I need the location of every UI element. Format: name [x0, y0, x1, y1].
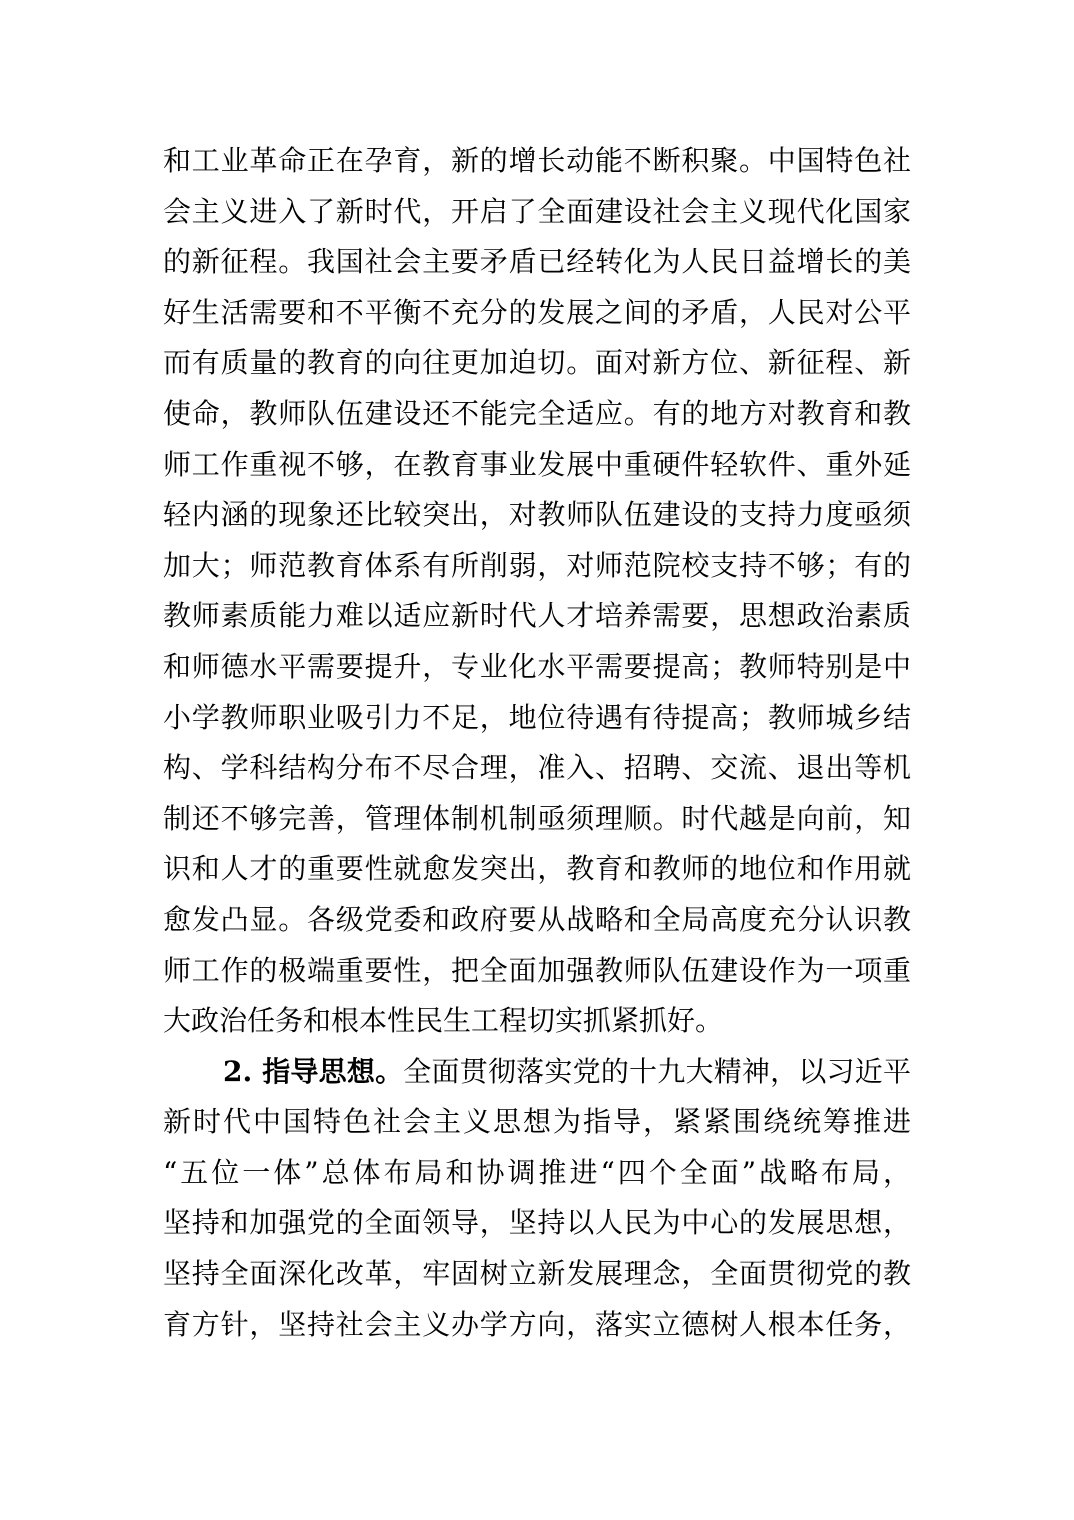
text-line: 使命，教师队伍建设还不能完全适应。有的地方对教育和教 — [163, 389, 911, 440]
text-line: 轻内涵的现象还比较突出，对教师队伍建设的支持力度亟须 — [163, 490, 911, 541]
text-line: 大政治任务和根本性民生工程切实抓紧抓好。 — [163, 996, 911, 1047]
paragraph-lead-bold: 2. 指导思想。 — [223, 1055, 403, 1088]
text-line: 和工业革命正在孕育，新的增长动能不断积聚。中国特色社 — [163, 136, 911, 187]
text-line: 教师素质能力难以适应新时代人才培养需要，思想政治素质 — [163, 591, 911, 642]
text-line: 而有质量的教育的向往更加迫切。面对新方位、新征程、新 — [163, 338, 911, 389]
text-line: 的新征程。我国社会主要矛盾已经转化为人民日益增长的美 — [163, 237, 911, 288]
text-line: 加大；师范教育体系有所削弱，对师范院校支持不够；有的 — [163, 541, 911, 592]
text-line: 会主义进入了新时代，开启了全面建设社会主义现代化国家 — [163, 187, 911, 238]
text-line: 愈发凸显。各级党委和政府要从战略和全局高度充分认识教 — [163, 895, 911, 946]
text-line: 坚持全面深化改革，牢固树立新发展理念，全面贯彻党的教 — [163, 1249, 911, 1300]
document-page: 和工业革命正在孕育，新的增长动能不断积聚。中国特色社会主义进入了新时代，开启了全… — [163, 136, 911, 1350]
text-line: 和师德水平需要提升，专业化水平需要提高；教师特别是中 — [163, 642, 911, 693]
text-line: 好生活需要和不平衡不充分的发展之间的矛盾，人民对公平 — [163, 288, 911, 339]
text-line: 师工作的极端重要性，把全面加强教师队伍建设作为一项重 — [163, 946, 911, 997]
text-line: 制还不够完善，管理体制机制亟须理顺。时代越是向前，知 — [163, 794, 911, 845]
text-line: 坚持和加强党的全面领导，坚持以人民为中心的发展思想， — [163, 1198, 911, 1249]
text-line: “五位一体”总体布局和协调推进“四个全面”战略布局， — [163, 1148, 911, 1199]
text-line: 构、学科结构分布不尽合理，准入、招聘、交流、退出等机 — [163, 743, 911, 794]
text-line: 育方针，坚持社会主义办学方向，落实立德树人根本任务， — [163, 1300, 911, 1351]
text-line: 新时代中国特色社会主义思想为指导，紧紧围绕统筹推进 — [163, 1097, 911, 1148]
text-line: 师工作重视不够，在教育事业发展中重硬件轻软件、重外延 — [163, 440, 911, 491]
text-line: 识和人才的重要性就愈发突出，教育和教师的地位和作用就 — [163, 844, 911, 895]
text-line: 2. 指导思想。全面贯彻落实党的十九大精神，以习近平 — [163, 1047, 911, 1098]
paragraph-text: 全面贯彻落实党的十九大精神，以习近平 — [403, 1055, 911, 1088]
text-line: 小学教师职业吸引力不足，地位待遇有待提高；教师城乡结 — [163, 693, 911, 744]
